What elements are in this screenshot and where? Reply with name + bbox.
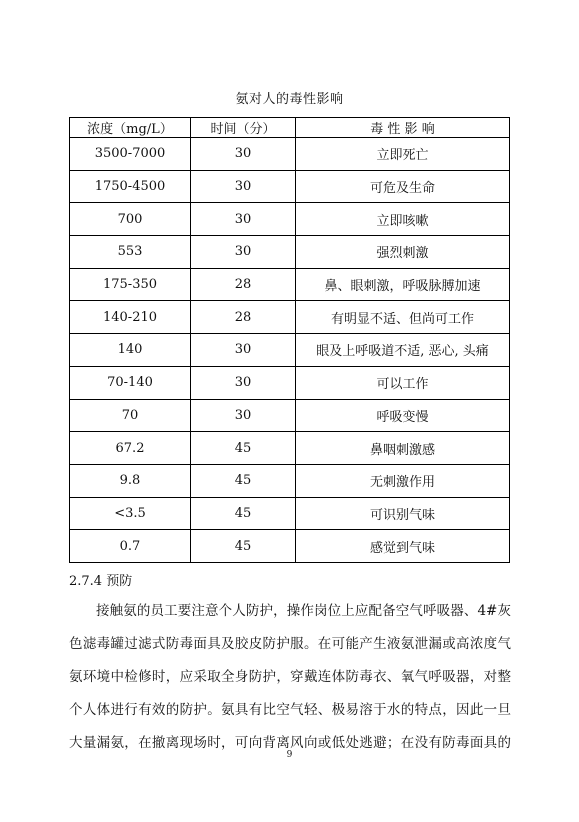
paragraph-line: 个人体进行有效的防护。氨具有比空气轻、极易溶于水的特点，因此一旦	[69, 694, 511, 727]
paragraph-line: 接触氨的员工要注意个人防护，操作岗位上应配备空气呼吸器、4#灰	[69, 595, 511, 628]
cell-concentration: 70	[70, 399, 191, 432]
table-row: 70-140 30 可以工作	[70, 366, 510, 399]
cell-time: 45	[191, 497, 296, 530]
document-page: 氨对人的毒性影响 浓度（mg/L） 时间（分） 毒 性 影 响 3500-700…	[0, 0, 579, 822]
table-row: <3.5 45 可识别气味	[70, 497, 510, 530]
table-row: 0.7 45 感觉到气味	[70, 530, 510, 563]
table-title: 氨对人的毒性影响	[0, 88, 579, 107]
cell-time: 30	[191, 366, 296, 399]
table-row: 1750-4500 30 可危及生命	[70, 170, 510, 203]
cell-effect: 有明显不适、但尚可工作	[296, 301, 510, 334]
cell-effect: 无刺激作用	[296, 464, 510, 497]
cell-effect: 呼吸变慢	[296, 399, 510, 432]
table-row: 3500-7000 30 立即死亡	[70, 138, 510, 171]
cell-concentration: 140	[70, 334, 191, 367]
cell-concentration: 1750-4500	[70, 170, 191, 203]
page-number: 9	[0, 750, 579, 760]
cell-effect: 强烈刺激	[296, 236, 510, 269]
paragraph-line: 氨环境中检修时，应采取全身防护，穿戴连体防毒衣、氧气呼吸器，对整	[69, 661, 511, 694]
table-body: 3500-7000 30 立即死亡 1750-4500 30 可危及生命 700…	[70, 138, 510, 563]
column-header-time: 时间（分）	[191, 118, 296, 138]
section-heading: 2.7.4 预防	[69, 572, 132, 592]
cell-concentration: 70-140	[70, 366, 191, 399]
cell-effect: 鼻咽刺激感	[296, 432, 510, 465]
cell-concentration: 0.7	[70, 530, 191, 563]
column-header-concentration: 浓度（mg/L）	[70, 118, 191, 138]
table-header-row: 浓度（mg/L） 时间（分） 毒 性 影 响	[70, 118, 510, 138]
body-paragraph: 接触氨的员工要注意个人防护，操作岗位上应配备空气呼吸器、4#灰 色滤毒罐过滤式防…	[69, 595, 511, 760]
cell-effect: 感觉到气味	[296, 530, 510, 563]
cell-concentration: 67.2	[70, 432, 191, 465]
cell-concentration: <3.5	[70, 497, 191, 530]
table-row: 553 30 强烈刺激	[70, 236, 510, 269]
cell-time: 30	[191, 170, 296, 203]
cell-time: 45	[191, 464, 296, 497]
cell-time: 45	[191, 530, 296, 563]
cell-effect: 眼及上呼吸道不适, 恶心, 头痛	[296, 334, 510, 367]
cell-effect: 立即咳嗽	[296, 203, 510, 236]
table-row: 700 30 立即咳嗽	[70, 203, 510, 236]
table-row: 175-350 28 鼻、眼刺激，呼吸脉膊加速	[70, 268, 510, 301]
cell-effect: 可危及生命	[296, 170, 510, 203]
cell-concentration: 700	[70, 203, 191, 236]
cell-effect: 可以工作	[296, 366, 510, 399]
cell-effect: 鼻、眼刺激，呼吸脉膊加速	[296, 268, 510, 301]
table-row: 67.2 45 鼻咽刺激感	[70, 432, 510, 465]
cell-concentration: 9.8	[70, 464, 191, 497]
cell-time: 28	[191, 301, 296, 334]
cell-time: 30	[191, 138, 296, 171]
cell-concentration: 553	[70, 236, 191, 269]
table-row: 70 30 呼吸变慢	[70, 399, 510, 432]
cell-time: 45	[191, 432, 296, 465]
cell-time: 30	[191, 334, 296, 367]
table-row: 浓度（mg/L） 时间（分） 毒 性 影 响	[70, 118, 510, 138]
cell-time: 30	[191, 399, 296, 432]
cell-effect: 立即死亡	[296, 138, 510, 171]
cell-time: 28	[191, 268, 296, 301]
paragraph-line: 色滤毒罐过滤式防毒面具及胶皮防护服。在可能产生液氨泄漏或高浓度气	[69, 628, 511, 661]
cell-concentration: 140-210	[70, 301, 191, 334]
table-row: 140 30 眼及上呼吸道不适, 恶心, 头痛	[70, 334, 510, 367]
cell-concentration: 175-350	[70, 268, 191, 301]
cell-time: 30	[191, 236, 296, 269]
cell-effect: 可识别气味	[296, 497, 510, 530]
table-row: 9.8 45 无刺激作用	[70, 464, 510, 497]
column-header-effect: 毒 性 影 响	[296, 118, 510, 138]
toxicity-table: 浓度（mg/L） 时间（分） 毒 性 影 响 3500-7000 30 立即死亡…	[69, 117, 510, 563]
cell-concentration: 3500-7000	[70, 138, 191, 171]
table-row: 140-210 28 有明显不适、但尚可工作	[70, 301, 510, 334]
cell-time: 30	[191, 203, 296, 236]
